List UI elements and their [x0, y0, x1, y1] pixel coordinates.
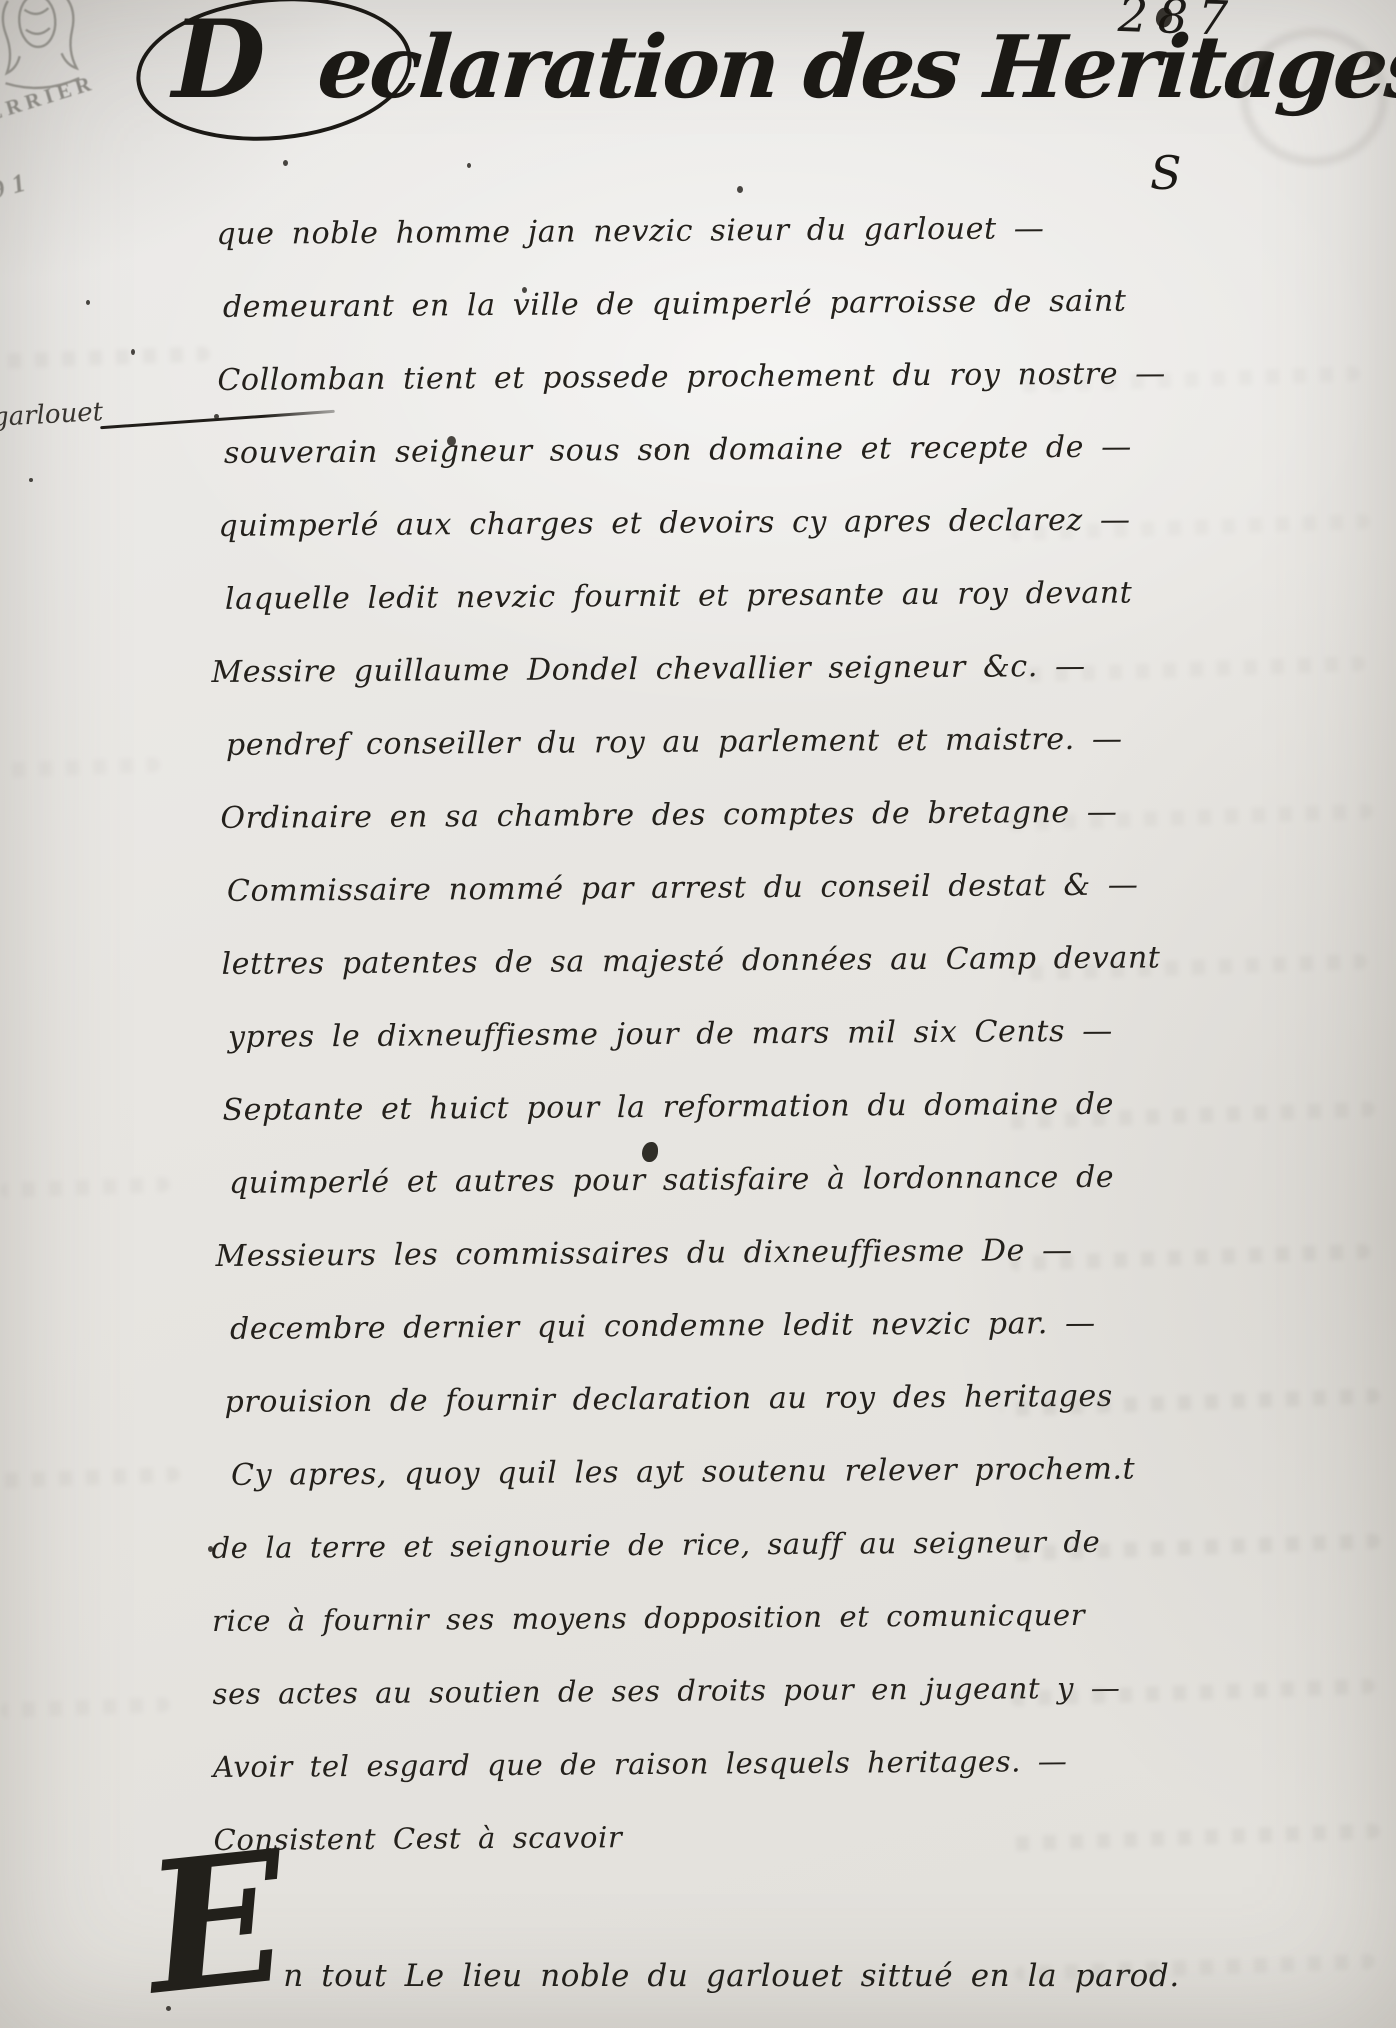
manuscript-line: Messieurs les commissaires du dixneuffie…	[215, 1214, 1063, 1293]
manuscript-line: souverain seigneur sous son domaine et r…	[224, 411, 1058, 490]
ink-speck	[29, 478, 33, 482]
manuscript-line: prouision de fournir declaration au roy …	[224, 1360, 1064, 1439]
manuscript-line: pendref conseiller du roy au parlement e…	[226, 703, 1060, 782]
manuscript-line: que noble homme jan nevzic sieur du garl…	[216, 192, 1056, 271]
stamp-number: 591	[0, 121, 205, 212]
stain-ring	[1240, 28, 1388, 166]
ink-speck	[208, 1546, 213, 1552]
manuscript-line: demeurant en la ville de quimperlé parro…	[223, 265, 1057, 344]
title-text: eclaration des Heritages	[315, 25, 1396, 111]
manuscript-line: Septante et huict pour la reformation du…	[222, 1068, 1062, 1147]
manuscript-line: laquelle ledit nevzic fournit et presant…	[225, 557, 1059, 636]
ink-speck	[86, 300, 90, 305]
manuscript-line: quimperlé aux charges et devoirs cy apre…	[218, 484, 1058, 563]
bleedthrough-mark	[0, 346, 210, 368]
margin-note: garlouet	[0, 397, 104, 433]
title-initial-capital: D	[142, 6, 272, 114]
bleedthrough-mark	[0, 757, 160, 778]
ink-speck	[522, 287, 527, 293]
ink-speck	[283, 160, 288, 166]
ink-speck	[447, 436, 456, 446]
manuscript-line: Avoir tel esgard que de raison lesquels …	[213, 1725, 1067, 1804]
ink-speck	[467, 163, 471, 168]
manuscript-line: Ordinaire en sa chambre des comptes de b…	[220, 776, 1060, 855]
bleedthrough-mark	[0, 1467, 180, 1488]
closing-initial-capital: E	[141, 1850, 286, 1998]
title-flourish: S	[1150, 146, 1182, 200]
manuscript-line: Messire guillaume Dondel chevallier seig…	[211, 630, 1059, 709]
ink-speck	[737, 186, 743, 193]
manuscript-line: lettres patentes de sa majesté données a…	[221, 922, 1061, 1001]
ink-speck	[655, 447, 660, 452]
ink-speck	[214, 414, 219, 419]
manuscript-line: Collomban tient et possede prochement du…	[217, 338, 1057, 417]
page-title: D eclaration des Heritages	[142, 6, 1382, 114]
manuscript-line: rice à fournir ses moyens dopposition et…	[212, 1579, 1066, 1658]
ink-speck	[166, 2006, 171, 2011]
manuscript-line: de la terre et seignourie de rice, sauff…	[211, 1506, 1065, 1585]
manuscript-line: ypres le dixneuffiesme jour de mars mil …	[228, 995, 1062, 1074]
manuscript-body: que noble homme jan nevzic sieur du garl…	[216, 192, 1068, 1877]
manuscript-page: TERRIER 591 287 D eclaration des Heritag…	[0, 0, 1396, 2028]
bleedthrough-mark	[0, 1697, 170, 1718]
manuscript-line: ses actes au soutien de ses droits pour …	[212, 1652, 1066, 1731]
manuscript-line: decembre dernier qui condemne ledit nevz…	[230, 1287, 1064, 1366]
bleedthrough-mark	[0, 1177, 170, 1198]
manuscript-line: Commissaire nommé par arrest du conseil …	[227, 849, 1061, 928]
manuscript-line: Cy apres, quoy quil les ayt soutenu rele…	[231, 1433, 1065, 1512]
